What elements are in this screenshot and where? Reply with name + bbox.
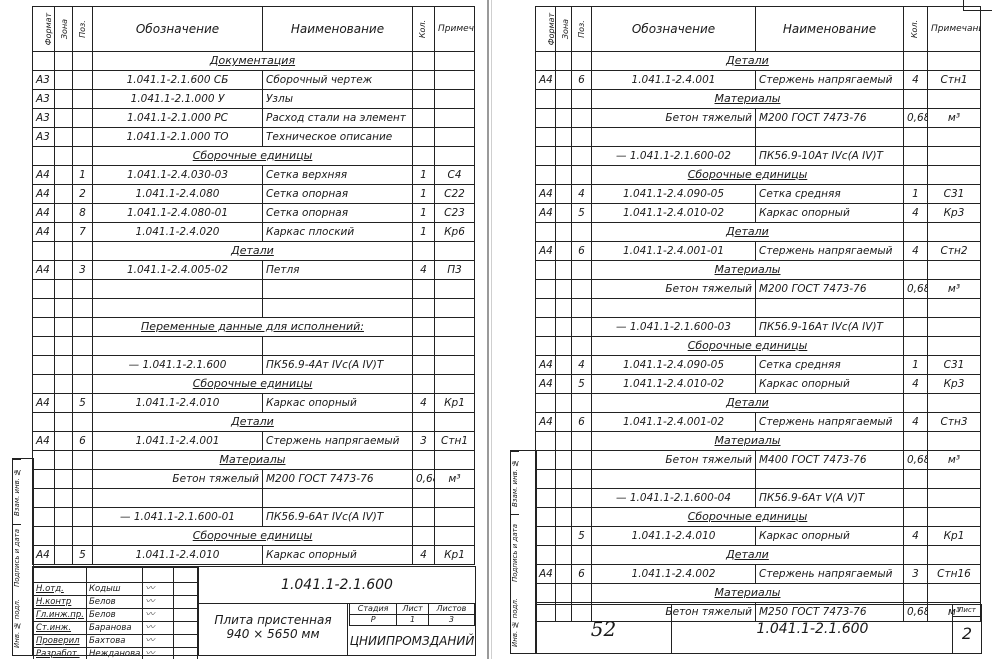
signature-date: [174, 609, 198, 622]
variant-name: ПК56.9-6Ат IVс(А IV)Т: [263, 508, 413, 527]
cell-note: [435, 71, 475, 90]
cell-zone: [556, 280, 572, 299]
cell-empty: [536, 128, 556, 147]
header-note: Примечание: [928, 7, 981, 52]
cell-empty: [536, 52, 556, 71]
cell-empty: [556, 90, 572, 109]
cell-empty: [263, 280, 413, 299]
section-title: Материалы: [592, 90, 904, 109]
cell-empty: [86, 568, 142, 583]
cell-empty: [904, 489, 928, 508]
cell-qty: 1: [413, 166, 435, 185]
cell-note: С22: [435, 185, 475, 204]
cell-note: С23: [435, 204, 475, 223]
section-title: Детали: [592, 546, 904, 565]
cell-empty: [928, 147, 981, 166]
cell-zone: [556, 204, 572, 223]
cell-empty: [33, 356, 55, 375]
cell-qty: 4: [413, 546, 435, 565]
handwritten-signature-icon: 〰: [145, 584, 154, 594]
signature-row: ПроверилБахтова〰: [34, 635, 198, 648]
section-title: Материалы: [592, 432, 904, 451]
cell-empty: [413, 280, 435, 299]
cell-empty: [572, 337, 592, 356]
table-row: А431.041.1-2.4.005-02Петля4П3: [33, 261, 475, 280]
cell-empty: [435, 489, 475, 508]
cell-designation: 1.041.1-2.4.080: [93, 185, 263, 204]
cell-zone: [556, 413, 572, 432]
handwritten-signature-icon: 〰: [145, 649, 154, 659]
cell-empty: [572, 508, 592, 527]
cell-name: М200 ГОСТ 7473-76: [756, 280, 904, 299]
cell-qty: 0,68: [904, 280, 928, 299]
section-row: Материалы: [536, 432, 981, 451]
cell-empty: [73, 52, 93, 71]
cell-note: С4: [435, 166, 475, 185]
cell-qty: 1: [904, 356, 928, 375]
cell-empty: [263, 337, 413, 356]
cell-empty: [73, 337, 93, 356]
cell-empty: [904, 299, 928, 318]
section-title: Материалы: [592, 261, 904, 280]
cell-empty: [928, 52, 981, 71]
sheet-label: Лист: [397, 604, 429, 615]
table-row: А461.041.1-2.4.002Стержень напрягаемый3С…: [536, 565, 981, 584]
cell-empty: [928, 166, 981, 185]
cell-empty: [413, 318, 435, 337]
cell-designation: 1.041.1-2.4.010-02: [592, 375, 756, 394]
cell-qty: 3: [904, 565, 928, 584]
side-stamp-signature-date: Подпись и дата: [13, 524, 21, 591]
cell-empty: [536, 147, 556, 166]
sheet-number-box: Лист 2: [952, 605, 981, 653]
cell-format: А4: [536, 356, 556, 375]
sheet-value: 2: [953, 617, 981, 651]
signature-person: Белов: [86, 609, 142, 622]
section-row: Переменные данные для исполнений:: [33, 318, 475, 337]
cell-empty: [904, 337, 928, 356]
cell-zone: [556, 527, 572, 546]
cell-designation: 1.041.1-2.4.001-02: [592, 413, 756, 432]
cell-zone: [556, 565, 572, 584]
cell-empty: [263, 489, 413, 508]
cell-empty: [556, 128, 572, 147]
cell-empty: [928, 489, 981, 508]
signature-row: Н.контрБелов〰: [34, 596, 198, 609]
cell-empty: [33, 413, 55, 432]
cell-empty: [73, 299, 93, 318]
side-stamp-replaced-inv: Взам. инв. №: [511, 451, 519, 514]
cell-empty: [556, 394, 572, 413]
cell-qty: 4: [413, 394, 435, 413]
table-header-row: Формат Зона Поз. Обозначение Наименовани…: [536, 7, 981, 52]
cell-empty: [55, 280, 73, 299]
signature-person: Кодыш: [86, 583, 142, 596]
cell-empty: [556, 261, 572, 280]
cell-empty: [904, 470, 928, 489]
cell-empty: [904, 432, 928, 451]
cell-zone: [55, 71, 73, 90]
cell-empty: [904, 584, 928, 603]
cell-pos: 7: [73, 223, 93, 242]
variant-row: — 1.041.1-2.1.600-01ПК56.9-6Ат IVс(А IV)…: [33, 508, 475, 527]
cell-empty: [572, 261, 592, 280]
cell-empty: [572, 90, 592, 109]
cell-empty: [536, 584, 556, 603]
signature-person: Баранова: [86, 622, 142, 635]
signature-date: [174, 622, 198, 635]
header-name: Наименование: [263, 7, 413, 52]
cell-note: Кр1: [435, 546, 475, 565]
cell-pos: [572, 280, 592, 299]
cell-empty: [143, 568, 174, 583]
empty-row: [536, 128, 981, 147]
cell-empty: [413, 489, 435, 508]
cell-empty: [536, 470, 556, 489]
handwritten-signature-icon: 〰: [145, 623, 154, 633]
cell-qty: [413, 109, 435, 128]
signature-person: Нежданова: [86, 648, 142, 659]
header-format: Формат: [33, 7, 55, 52]
cell-empty: [413, 451, 435, 470]
cell-designation: 1.041.1-2.4.020: [93, 223, 263, 242]
section-row: Сборочные единицы: [33, 375, 475, 394]
cell-empty: [413, 356, 435, 375]
cell-zone: [55, 128, 73, 147]
variant-row: — 1.041.1-2.1.600-04ПК56.9-6Ат V(А V)Т: [536, 489, 981, 508]
cell-note: С31: [928, 356, 981, 375]
cell-empty: [55, 508, 73, 527]
cell-name: М200 ГОСТ 7473-76: [263, 470, 413, 489]
cell-pos: 6: [572, 71, 592, 90]
cell-format: А4: [33, 223, 55, 242]
cell-note: П3: [435, 261, 475, 280]
cell-empty: [55, 413, 73, 432]
cell-designation: 1.041.1-2.4.001-01: [592, 242, 756, 261]
cell-name: Стержень напрягаемый: [756, 413, 904, 432]
spec-sheet-2: Формат Зона Поз. Обозначение Наименовани…: [495, 0, 992, 659]
cell-zone: [55, 223, 73, 242]
signature-role: Проверил: [34, 635, 87, 648]
side-stamp-signature-date: Подпись и дата: [511, 514, 519, 591]
corner-box: [963, 0, 992, 11]
variant-designation: — 1.041.1-2.1.600-02: [592, 147, 756, 166]
header-qty: Кол.: [904, 7, 928, 52]
cell-designation: 1.041.1-2.4.002: [592, 565, 756, 584]
cell-name: Каркас опорный: [756, 375, 904, 394]
section-title: Сборочные единицы: [93, 147, 413, 166]
cell-name: М400 ГОСТ 7473-76: [756, 451, 904, 470]
cell-pos: 5: [572, 204, 592, 223]
cell-name: Стержень напрягаемый: [263, 432, 413, 451]
cell-note: [435, 90, 475, 109]
cell-note: Стн1: [435, 432, 475, 451]
table-body: ДеталиА461.041.1-2.4.001Стержень напряга…: [536, 52, 981, 622]
signature-person: Белов: [86, 596, 142, 609]
section-row: Детали: [536, 394, 981, 413]
side-stamp: Взам. инв. № Подпись и дата Инв. № подл.: [510, 450, 537, 654]
cell-name: Стержень напрягаемый: [756, 565, 904, 584]
cell-qty: [413, 71, 435, 90]
cell-pos: [572, 451, 592, 470]
cell-empty: [413, 147, 435, 166]
variant-name: ПК56.9-4Ат IVс(А IV)Т: [263, 356, 413, 375]
section-row: Детали: [33, 242, 475, 261]
variant-designation: — 1.041.1-2.1.600-03: [592, 318, 756, 337]
table-row: А451.041.1-2.4.010-02Каркас опорный4Кр3: [536, 204, 981, 223]
cell-format: А4: [536, 71, 556, 90]
cell-format: А4: [536, 565, 556, 584]
cell-name: Стержень напрягаемый: [756, 242, 904, 261]
table-row: А421.041.1-2.4.080Сетка опорная1С22: [33, 185, 475, 204]
cell-empty: [55, 52, 73, 71]
table-row: А461.041.1-2.4.001-02Стержень напрягаемы…: [536, 413, 981, 432]
signature-mark: 〰: [143, 648, 174, 659]
cell-note: Кр1: [928, 527, 981, 546]
header-note: Примечание: [435, 7, 475, 52]
cell-zone: [55, 90, 73, 109]
sheets-label: Листов: [428, 604, 474, 615]
cell-format: А4: [33, 432, 55, 451]
stage-value: Р: [350, 615, 397, 626]
cell-empty: [572, 147, 592, 166]
handwritten-signature-icon: 〰: [145, 610, 154, 620]
cell-format: А3: [33, 71, 55, 90]
section-title: Сборочные единицы: [592, 337, 904, 356]
cell-designation: 1.041.1-2.4.001: [93, 432, 263, 451]
cell-empty: [556, 166, 572, 185]
section-title: Детали: [592, 223, 904, 242]
section-row: Детали: [33, 413, 475, 432]
cell-pos: 8: [73, 204, 93, 223]
section-title: Детали: [93, 413, 413, 432]
cell-empty: [33, 508, 55, 527]
cell-empty: [536, 337, 556, 356]
cell-name: Каркас опорный: [756, 204, 904, 223]
cell-empty: [33, 318, 55, 337]
table-row: А31.041.1-2.1.600 СБСборочный чертеж: [33, 71, 475, 90]
cell-format: А3: [33, 90, 55, 109]
cell-zone: [55, 394, 73, 413]
page-divider: [487, 0, 489, 659]
cell-empty: [435, 318, 475, 337]
cell-name: Каркас плоский: [263, 223, 413, 242]
cell-empty: [928, 432, 981, 451]
cell-zone: [556, 185, 572, 204]
cell-qty: [413, 128, 435, 147]
cell-empty: [413, 508, 435, 527]
cell-zone: [556, 242, 572, 261]
cell-empty: [73, 375, 93, 394]
cell-empty: [413, 52, 435, 71]
cell-empty: [55, 337, 73, 356]
signature-date: [174, 596, 198, 609]
cell-name: Узлы: [263, 90, 413, 109]
handwritten-signature-icon: 〰: [145, 636, 154, 646]
cell-designation: 1.041.1-2.1.000 У: [93, 90, 263, 109]
cell-zone: [55, 166, 73, 185]
variant-name: ПК56.9-16Ат IVс(А IV)Т: [756, 318, 904, 337]
cell-empty: [413, 337, 435, 356]
section-row: Сборочные единицы: [536, 337, 981, 356]
cell-format: А4: [536, 375, 556, 394]
product-title: Плита пристенная 940 × 5650 мм: [198, 603, 348, 655]
cell-empty: [435, 52, 475, 71]
section-row: Документация: [33, 52, 475, 71]
cell-pos: 5: [73, 394, 93, 413]
section-row: Детали: [536, 546, 981, 565]
cell-empty: [536, 432, 556, 451]
cell-empty: [928, 299, 981, 318]
cell-empty: [33, 489, 55, 508]
table-row: А31.041.1-2.1.000 РСРасход стали на элем…: [33, 109, 475, 128]
cell-name: Сетка опорная: [263, 204, 413, 223]
specification-table: Формат Зона Поз. Обозначение Наименовани…: [32, 6, 475, 565]
cell-format: [536, 109, 556, 128]
table-row: А461.041.1-2.4.001-01Стержень напрягаемы…: [536, 242, 981, 261]
cell-empty: [435, 375, 475, 394]
empty-row: [33, 337, 475, 356]
cell-empty: [756, 128, 904, 147]
cell-empty: [536, 166, 556, 185]
table-row: Бетон тяжелыйМ200 ГОСТ 7473-760,68м³: [536, 109, 981, 128]
side-stamp-replaced-inv: Взам. инв. №: [13, 459, 21, 524]
cell-empty: [55, 451, 73, 470]
cell-empty: [33, 375, 55, 394]
cell-name: Техническое описание: [263, 128, 413, 147]
cell-note: Кр6: [435, 223, 475, 242]
cell-empty: [413, 242, 435, 261]
title-block: Н.отд.Кодыш〰Н.контрБелов〰Гл.инж.пр.Белов…: [32, 566, 476, 656]
variant-row: — 1.041.1-2.1.600-02ПК56.9-10Ат IVс(А IV…: [536, 147, 981, 166]
variant-name: ПК56.9-6Ат V(А V)Т: [756, 489, 904, 508]
cell-pos: 5: [73, 546, 93, 565]
cell-empty: [928, 584, 981, 603]
table-row: А471.041.1-2.4.020Каркас плоский1Кр6: [33, 223, 475, 242]
section-title: Детали: [93, 242, 413, 261]
cell-qty: 4: [904, 375, 928, 394]
cell-zone: [55, 261, 73, 280]
cell-empty: [756, 470, 904, 489]
cell-empty: [33, 337, 55, 356]
section-row: Детали: [536, 52, 981, 71]
section-row: Материалы: [536, 584, 981, 603]
section-row: Материалы: [536, 90, 981, 109]
header-format: Формат: [536, 7, 556, 52]
cell-empty: [904, 166, 928, 185]
header-name: Наименование: [756, 7, 904, 52]
cell-designation: 1.041.1-2.4.005-02: [93, 261, 263, 280]
cell-empty: [55, 242, 73, 261]
cell-format: [536, 280, 556, 299]
signature-blank-row: [34, 568, 198, 583]
section-title: Сборочные единицы: [592, 508, 904, 527]
cell-note: Кр3: [928, 204, 981, 223]
cell-pos: 5: [572, 527, 592, 546]
cell-designation: 1.041.1-2.4.010: [93, 546, 263, 565]
cell-empty: [536, 489, 556, 508]
cell-pos: 3: [73, 261, 93, 280]
cell-empty: [904, 90, 928, 109]
document-code: 1.041.1-2.1.600: [198, 567, 475, 604]
cell-format: А4: [536, 242, 556, 261]
cell-designation: 1.041.1-2.4.010: [93, 394, 263, 413]
cell-empty: [73, 356, 93, 375]
cell-designation: 1.041.1-2.4.080-01: [93, 204, 263, 223]
section-title: Сборочные единицы: [93, 375, 413, 394]
cell-empty: [33, 451, 55, 470]
table-row: А481.041.1-2.4.080-01Сетка опорная1С23: [33, 204, 475, 223]
cell-empty: [592, 128, 756, 147]
cell-empty: [572, 318, 592, 337]
cell-empty: [928, 508, 981, 527]
signature-date: [174, 635, 198, 648]
variant-row: — 1.041.1-2.1.600ПК56.9-4Ат IVс(А IV)Т: [33, 356, 475, 375]
cell-empty: [904, 128, 928, 147]
cell-qty: [413, 90, 435, 109]
cell-empty: [904, 52, 928, 71]
table-row: А461.041.1-2.4.001Стержень напрягаемый3С…: [33, 432, 475, 451]
cell-qty: 4: [904, 71, 928, 90]
cell-designation: 1.041.1-2.1.000 ТО: [93, 128, 263, 147]
sheets-value: 3: [428, 615, 474, 626]
cell-note: м³: [928, 280, 981, 299]
cell-empty: [928, 337, 981, 356]
stage-sheet-table: Стадия Лист Листов Р 1 3: [349, 603, 475, 626]
cell-pos: 6: [572, 242, 592, 261]
empty-row: [536, 470, 981, 489]
cell-designation: Бетон тяжелый: [93, 470, 263, 489]
variant-designation: — 1.041.1-2.1.600: [93, 356, 263, 375]
cell-format: А4: [536, 204, 556, 223]
sheet-footer: 52 1.041.1-2.1.600 Лист 2: [535, 604, 982, 654]
cell-note: С31: [928, 185, 981, 204]
cell-qty: 1: [413, 204, 435, 223]
signature-row: Н.отд.Кодыш〰: [34, 583, 198, 596]
cell-designation: 1.041.1-2.4.001: [592, 71, 756, 90]
section-row: Сборочные единицы: [33, 147, 475, 166]
cell-empty: [73, 413, 93, 432]
cell-empty: [33, 242, 55, 261]
cell-qty: 0,68: [904, 109, 928, 128]
cell-empty: [55, 299, 73, 318]
cell-empty: [556, 147, 572, 166]
cell-zone: [55, 432, 73, 451]
cell-pos: 5: [572, 375, 592, 394]
cell-format: [536, 451, 556, 470]
cell-empty: [572, 584, 592, 603]
cell-empty: [55, 375, 73, 394]
cell-empty: [435, 413, 475, 432]
signature-mark: 〰: [143, 583, 174, 596]
cell-format: [536, 527, 556, 546]
section-row: Сборочные единицы: [536, 508, 981, 527]
cell-name: Петля: [263, 261, 413, 280]
variant-designation: — 1.041.1-2.1.600-04: [592, 489, 756, 508]
cell-qty: 0,68: [904, 451, 928, 470]
cell-empty: [556, 546, 572, 565]
table-row: Бетон тяжелыйМ200 ГОСТ 7473-760,68м³: [33, 470, 475, 489]
variant-row: — 1.041.1-2.1.600-03ПК56.9-16Ат IVс(А IV…: [536, 318, 981, 337]
table-row: 51.041.1-2.4.010Каркас опорный4Кр1: [536, 527, 981, 546]
header-zone: Зона: [556, 7, 572, 52]
cell-name: Каркас опорный: [263, 394, 413, 413]
cell-format: А4: [33, 204, 55, 223]
cell-empty: [928, 394, 981, 413]
table-row: А31.041.1-2.1.000 ТОТехническое описание: [33, 128, 475, 147]
cell-empty: [904, 223, 928, 242]
cell-empty: [928, 546, 981, 565]
